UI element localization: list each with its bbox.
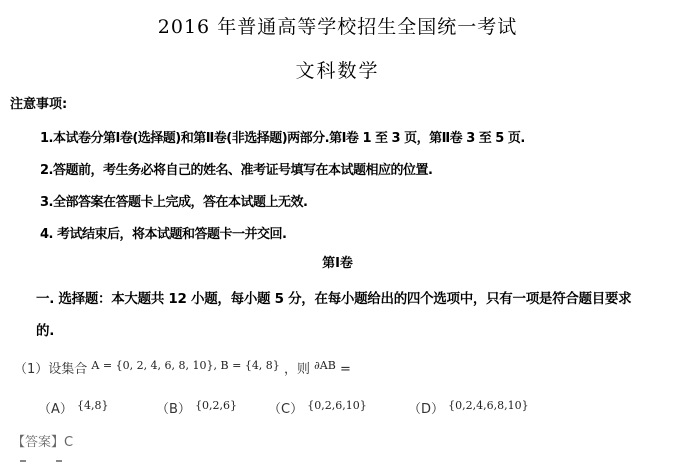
option-d-label: （D）: [408, 402, 444, 417]
option-c: （C） {0,2,6,10}: [268, 398, 367, 417]
notice-item-1: 1.本试卷分第Ⅰ卷(选择题)和第Ⅱ卷(非选择题)两部分.第Ⅰ卷 1 至 3 页，…: [40, 127, 525, 146]
option-b-label: （B）: [156, 402, 191, 417]
exam-subject: 文科数学: [0, 56, 675, 83]
section-instruction: 一. 选择题：本大题共 12 小题，每小题 5 分，在每小题给出的四个选项中，只…: [36, 287, 631, 307]
bracket-fragment-right: [56, 460, 62, 462]
notice-item-4: 4. 考试结束后，将本试题和答题卡一并交回.: [40, 223, 286, 242]
notice-item-2: 2.答题前，考生务必将自己的姓名、准考证号填写在本试题相应的位置.: [40, 159, 432, 178]
bracket-fragment-left: [20, 460, 26, 462]
question-1-prefix: （1）设集合: [14, 362, 87, 377]
question-1-equals: =: [340, 362, 351, 377]
option-b-value: {0,2,6}: [195, 399, 237, 412]
notice-item-3: 3.全部答案在答题卡上完成，答在本试题上无效.: [40, 191, 307, 210]
exam-title: 2016 年普通高等学校招生全国统一考试: [0, 12, 675, 39]
option-a-value: {4,8}: [77, 399, 109, 412]
option-a-label: （A）: [38, 402, 73, 417]
question-1-sets: A = {0, 2, 4, 6, 8, 10}, B = {4, 8}: [91, 359, 279, 372]
question-1: （1）设集合 A = {0, 2, 4, 6, 8, 10}, B = {4, …: [14, 358, 351, 377]
notice-heading: 注意事项:: [10, 93, 67, 112]
answer-line: 【答案】C: [12, 431, 73, 450]
volume-heading: 第Ⅰ卷: [0, 252, 675, 271]
option-a: （A） {4,8}: [38, 398, 109, 417]
section-instruction-cont: 的.: [36, 319, 54, 339]
question-1-complement: ∂AB: [314, 359, 336, 372]
option-d: （D） {0,2,4,6,8,10}: [408, 398, 529, 417]
option-c-value: {0,2,6,10}: [307, 399, 366, 412]
option-c-label: （C）: [268, 402, 303, 417]
option-d-value: {0,2,4,6,8,10}: [448, 399, 528, 412]
question-1-then: ，则: [284, 362, 310, 377]
option-b: （B） {0,2,6}: [156, 398, 237, 417]
